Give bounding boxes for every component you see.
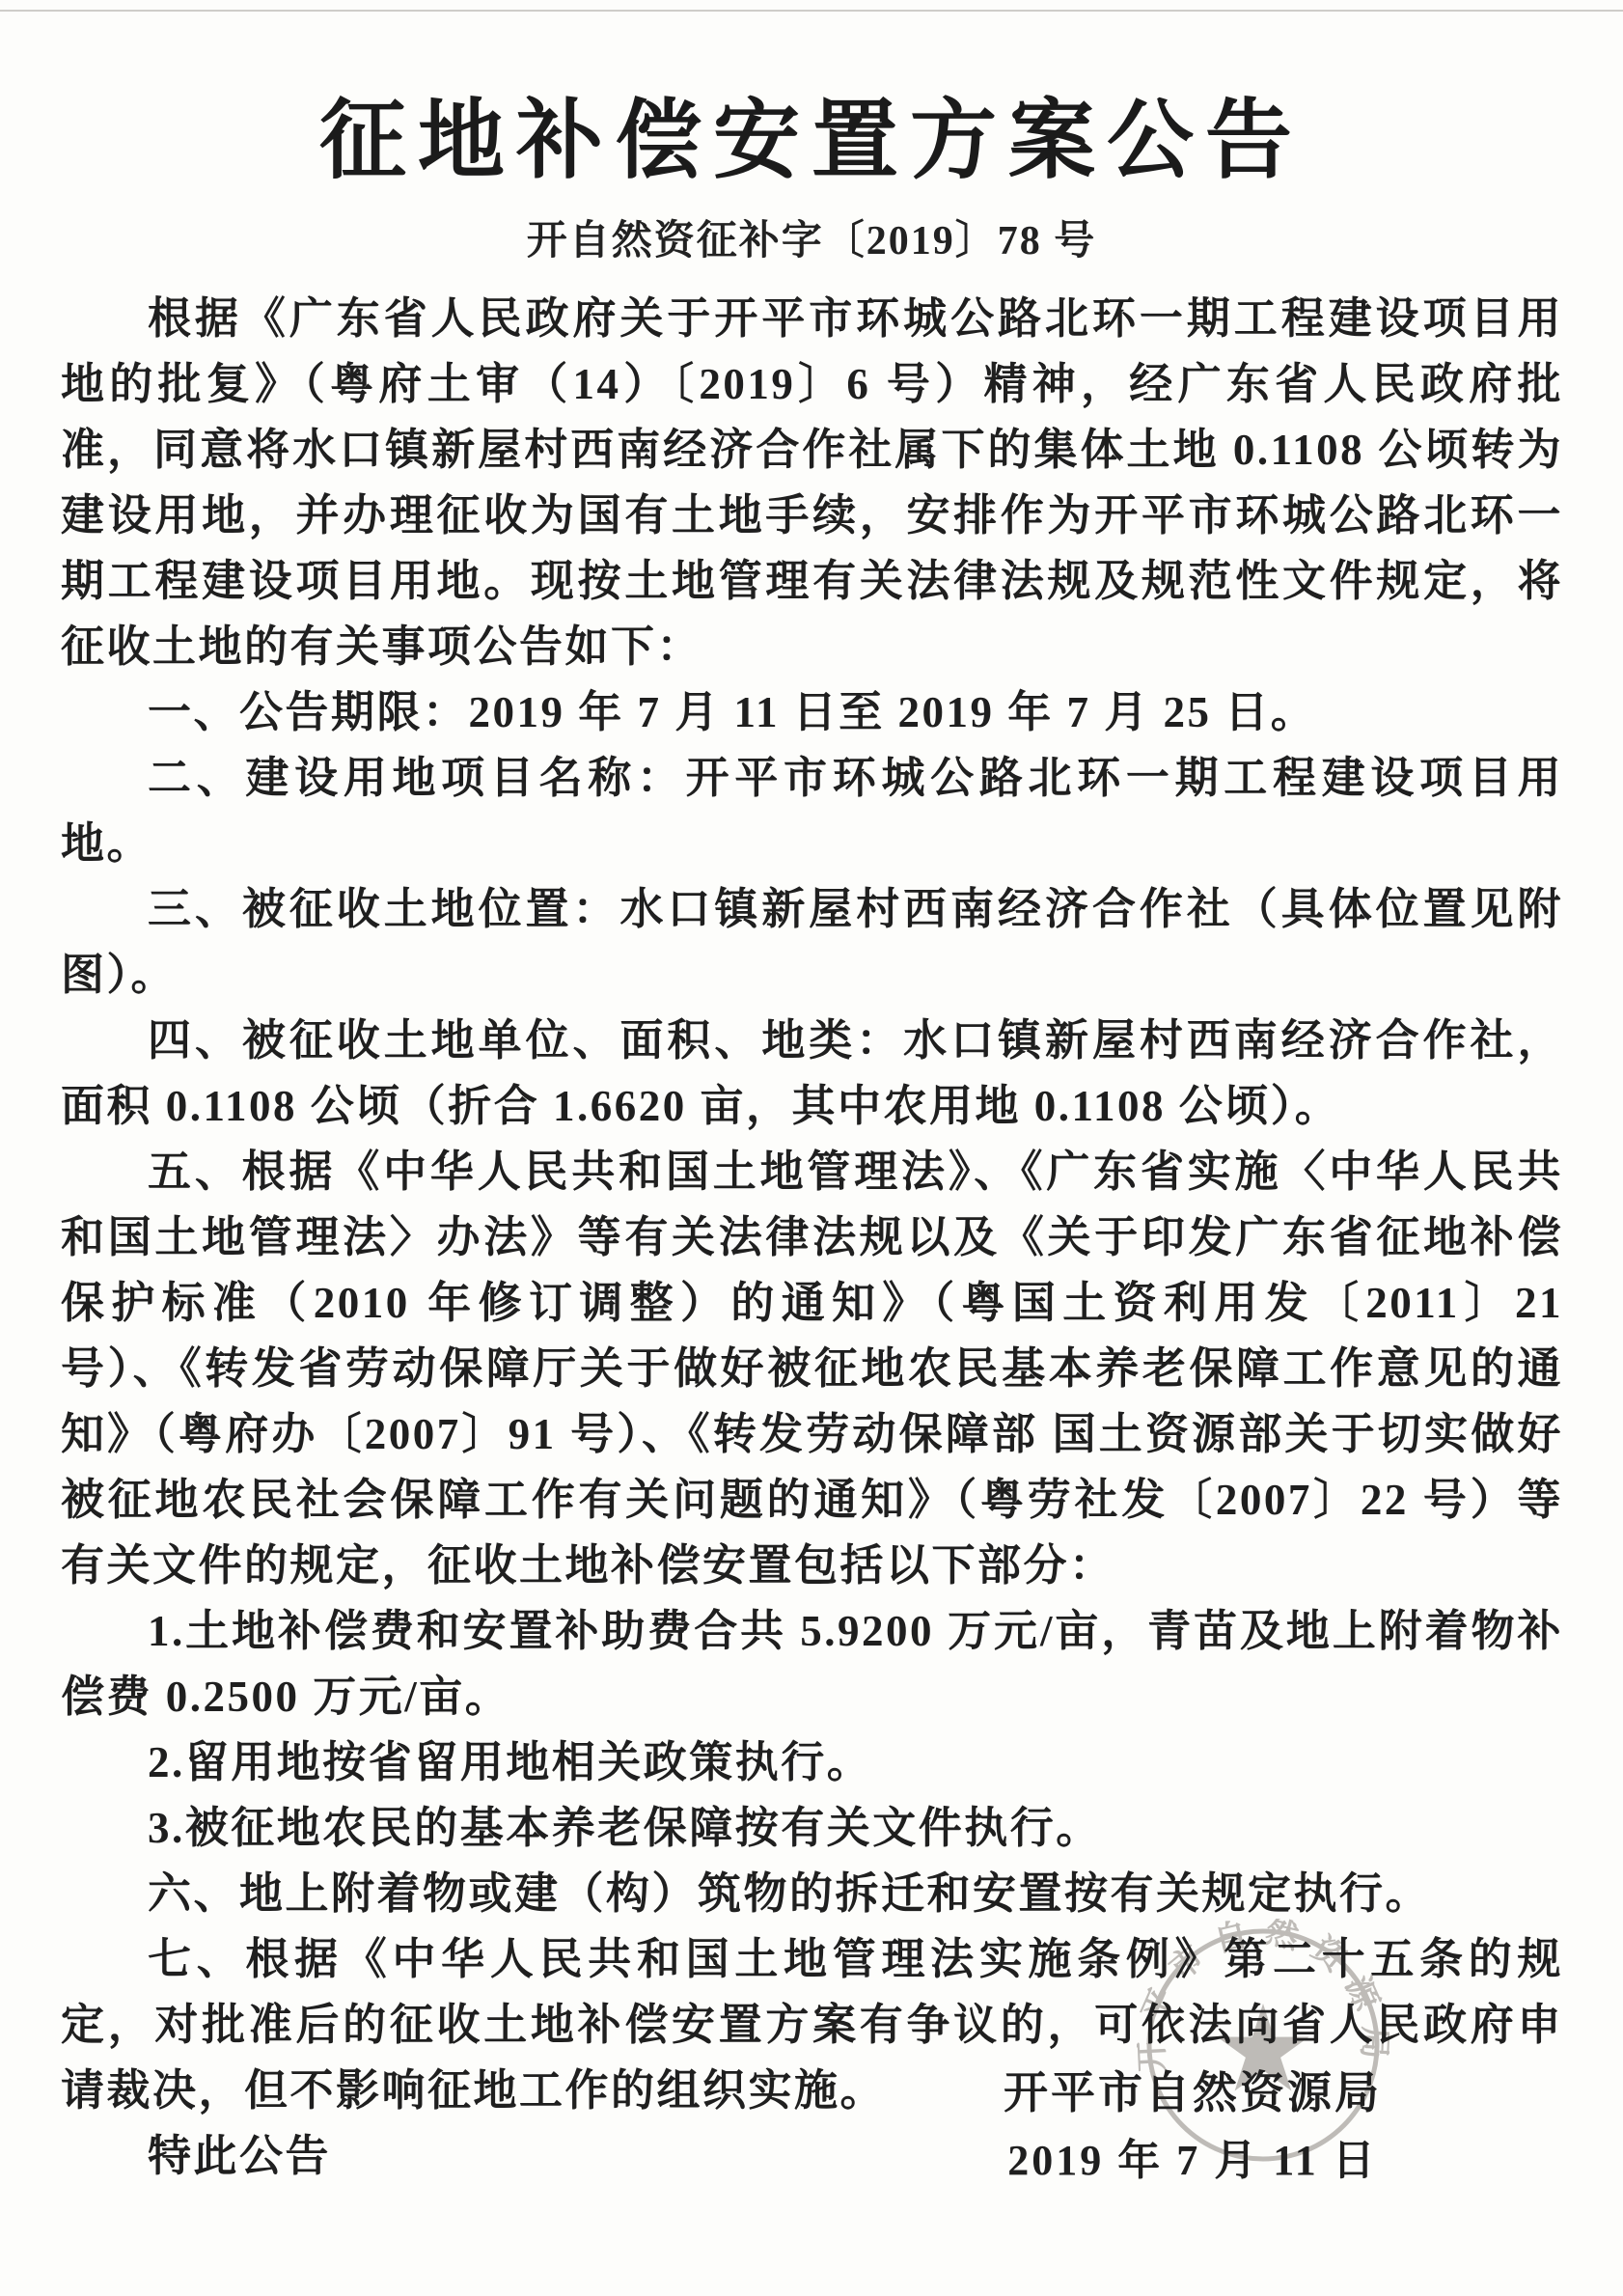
body-paragraph: 四、被征收土地单位、面积、地类：水口镇新屋村西南经济合作社，面积 0.1108 … [61,1008,1563,1139]
body-text: 根据《广东省人民政府关于开平市环城公路北环一期工程建设项目用地的批复》（粤府土审… [61,286,1563,2189]
announcement-page: 征地补偿安置方案公告 开自然资征补字〔2019〕78 号 根据《广东省人民政府关… [0,0,1623,2296]
body-paragraph: 三、被征收土地位置：水口镇新屋村西南经济合作社（具体位置见附图）。 [61,876,1563,1008]
page-title: 征地补偿安置方案公告 [0,69,1623,195]
body-paragraph: 六、地上附着物或建（构）筑物的拆迁和安置按有关规定执行。 [61,1861,1563,1926]
body-paragraph: 3.被征地农民的基本养老保障按有关文件执行。 [61,1795,1563,1861]
body-paragraph: 2.留用地按省留用地相关政策执行。 [61,1729,1563,1795]
body-paragraph: 二、建设用地项目名称：开平市环城公路北环一期工程建设项目用地。 [61,745,1563,876]
document-number: 开自然资征补字〔2019〕78 号 [0,208,1623,266]
body-paragraph: 五、根据《中华人民共和国土地管理法》、《广东省实施〈中华人民共和国土地管理法〉办… [61,1139,1563,1598]
issue-date: 2019 年 7 月 11 日 [1004,2127,1382,2195]
body-paragraph: 根据《广东省人民政府关于开平市环城公路北环一期工程建设项目用地的批复》（粤府土审… [61,286,1563,679]
signoff-block: 开平市自然资源局 2019 年 7 月 11 日 [1004,2060,1382,2195]
scan-artifact-line [0,10,1623,12]
issuing-agency: 开平市自然资源局 [1004,2060,1382,2127]
body-paragraph: 一、公告期限：2019 年 7 月 11 日至 2019 年 7 月 25 日。 [61,679,1563,745]
body-paragraph: 1.土地补偿费和安置补助费合共 5.9200 万元/亩，青苗及地上附着物补偿费 … [61,1598,1563,1729]
